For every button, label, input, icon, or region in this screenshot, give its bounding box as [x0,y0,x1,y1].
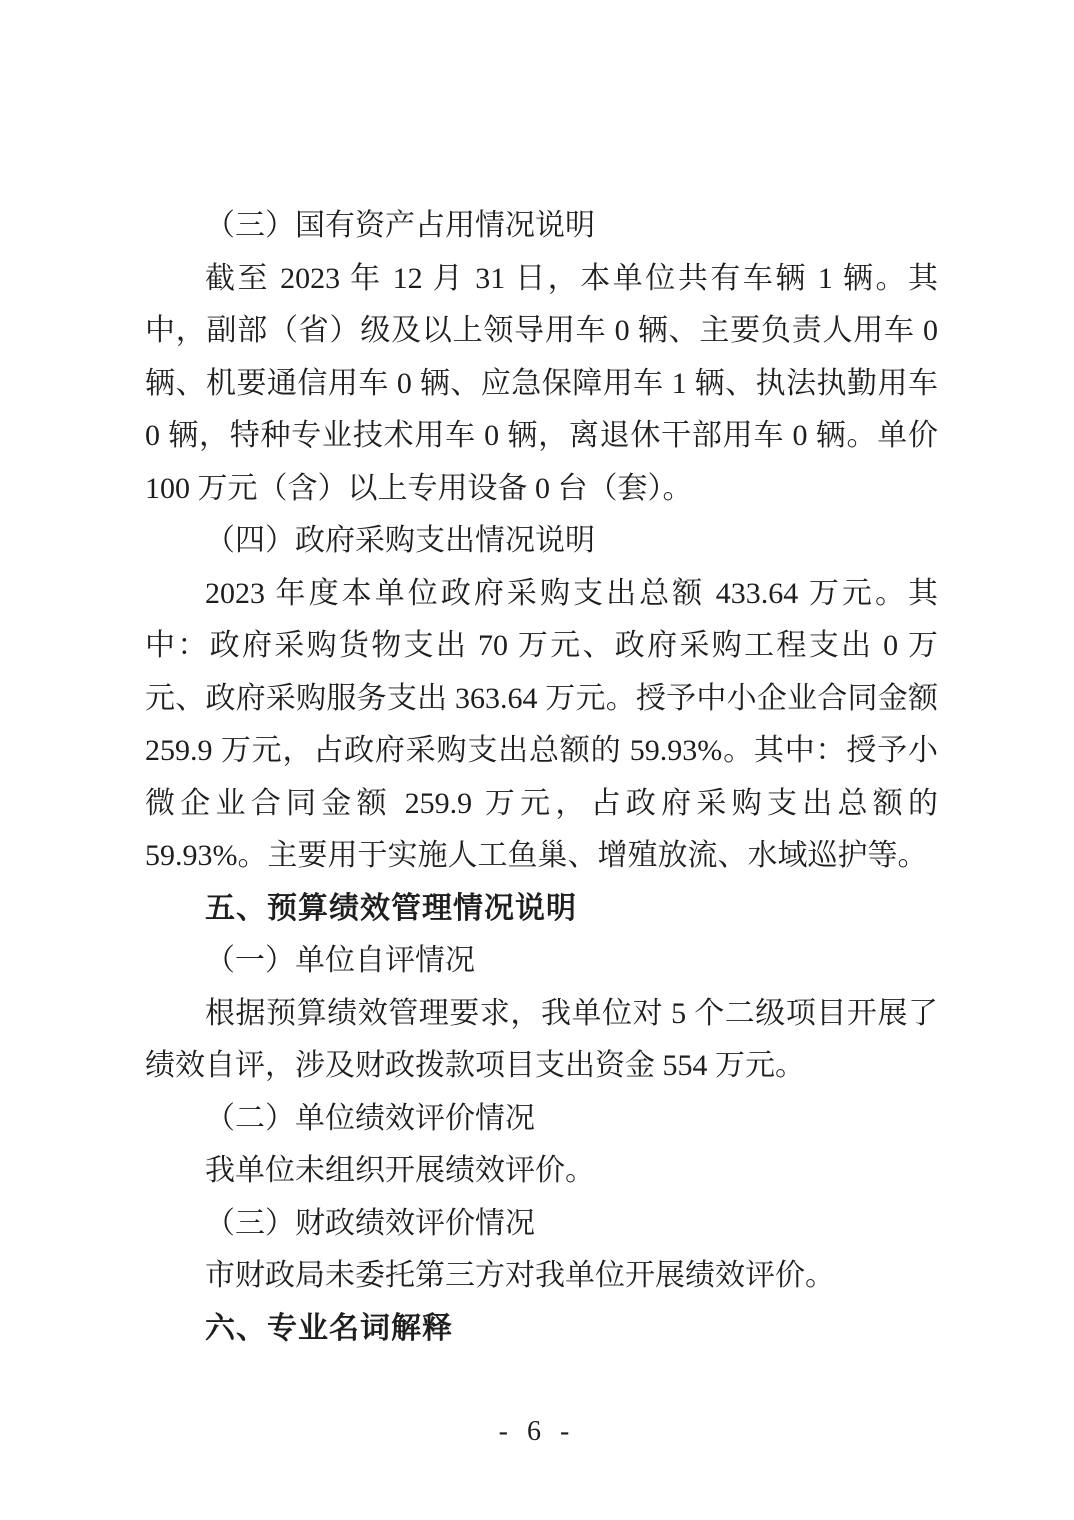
document-page: （三）国有资产占用情况说明 截至 2023 年 12 月 31 日，本单位共有车… [0,0,1074,1520]
page-number: - 6 - [0,1412,1074,1452]
subheading-finance-performance-evaluation: （三）财政绩效评价情况 [145,1198,938,1251]
document-body: （三）国有资产占用情况说明 截至 2023 年 12 月 31 日，本单位共有车… [145,200,938,1355]
subheading-unit-performance-evaluation: （二）单位绩效评价情况 [145,1093,938,1146]
paragraph-vehicles-and-equipment: 截至 2023 年 12 月 31 日，本单位共有车辆 1 辆。其中，副部（省）… [145,253,938,516]
subheading-government-procurement: （四）政府采购支出情况说明 [145,515,938,568]
subheading-state-assets-usage: （三）国有资产占用情况说明 [145,200,938,253]
paragraph-self-evaluation-details: 根据预算绩效管理要求，我单位对 5 个二级项目开展了绩效自评，涉及财政拨款项目支… [145,988,938,1093]
paragraph-finance-performance-evaluation-status: 市财政局未委托第三方对我单位开展绩效评价。 [145,1250,938,1303]
heading-terminology-explanation: 六、专业名词解释 [145,1303,938,1356]
subheading-unit-self-evaluation: （一）单位自评情况 [145,935,938,988]
heading-budget-performance-management: 五、预算绩效管理情况说明 [145,883,938,936]
paragraph-unit-performance-evaluation-status: 我单位未组织开展绩效评价。 [145,1145,938,1198]
paragraph-procurement-expenditure: 2023 年度本单位政府采购支出总额 433.64 万元。其中：政府采购货物支出… [145,568,938,883]
